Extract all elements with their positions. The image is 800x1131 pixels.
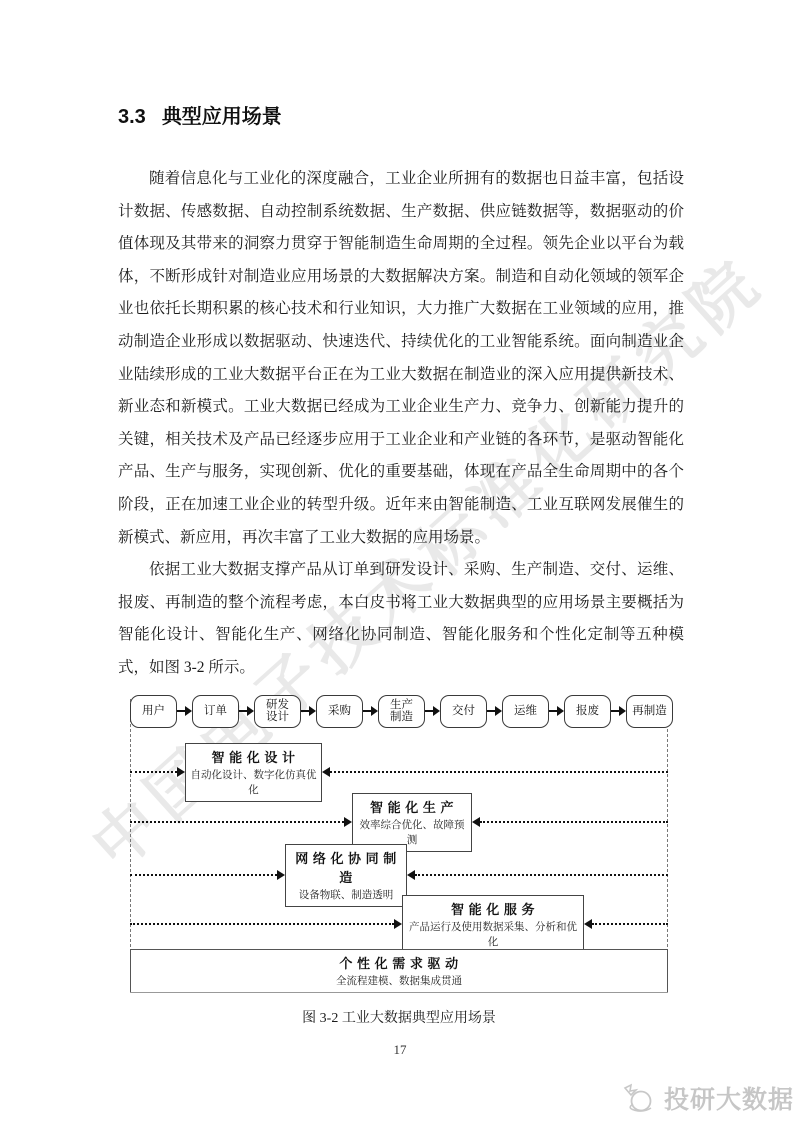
arrowhead-left-icon [472, 817, 480, 827]
section-title: 典型应用场景 [162, 106, 282, 128]
flow-arrow-icon [425, 705, 440, 717]
flow-arrow-icon [239, 705, 254, 717]
process-node-remanufacture: 再制造 [626, 695, 673, 728]
paragraph-1: 随着信息化与工业化的深度融合，工业企业所拥有的数据也日益丰富，包括设计数据、传感… [118, 163, 684, 554]
dotted-connector [584, 919, 668, 929]
flow-diagram: 用户 订单 研发 设计 采购 生产 制造 交付 运维 报废 再制造 [130, 693, 668, 995]
process-chain: 用户 订单 研发 设计 采购 生产 制造 交付 运维 报废 再制造 [130, 695, 668, 728]
section-heading: 3.3典型应用场景 [118, 100, 684, 129]
brand-watermark: 投研大数据 [621, 1080, 794, 1116]
band-box-intelligent-service: 智 能 化 服 务 产品运行及使用数据采集、分析和优化 [402, 895, 584, 954]
arrowhead-left-icon [407, 870, 415, 880]
band-intelligent-service: 智 能 化 服 务 产品运行及使用数据采集、分析和优化 [130, 895, 668, 954]
process-node-order: 订单 [192, 695, 239, 728]
band-title: 智 能 化 生 产 [355, 797, 469, 816]
band-title: 智 能 化 设 计 [188, 747, 319, 766]
page-number: 17 [0, 1042, 800, 1058]
band-subtitle: 产品运行及使用数据采集、分析和优化 [405, 919, 581, 949]
band-title: 个 性 化 需 求 驱 动 [131, 953, 667, 972]
arrowhead-right-icon [394, 919, 402, 929]
figure-caption: 图 3-2 工业大数据典型应用场景 [130, 1007, 668, 1027]
process-node-operation: 运维 [502, 695, 549, 728]
arrowhead-right-icon [344, 817, 352, 827]
band-subtitle: 全流程建模、数据集成贯通 [131, 973, 667, 988]
section-number: 3.3 [118, 106, 146, 128]
flow-arrow-icon [611, 705, 626, 717]
dotted-connector [130, 870, 285, 880]
process-node-scrap: 报废 [564, 695, 611, 728]
process-node-delivery: 交付 [440, 695, 487, 728]
arrowhead-right-icon [277, 870, 285, 880]
arrowhead-right-icon [177, 767, 185, 777]
dotted-connector [407, 870, 668, 880]
brand-watermark-text: 投研大数据 [664, 1080, 794, 1116]
dotted-connector [130, 767, 185, 777]
flow-arrow-icon [301, 705, 316, 717]
arrowhead-left-icon [322, 767, 330, 777]
band-personalized-demand: 个 性 化 需 求 驱 动 全流程建模、数据集成贯通 [130, 949, 668, 993]
dotted-connector [130, 919, 402, 929]
flow-arrow-icon [487, 705, 502, 717]
diagram-bottom-border [130, 992, 668, 993]
flow-arrow-icon [177, 705, 192, 717]
figure-3-2: 用户 订单 研发 设计 采购 生产 制造 交付 运维 报废 再制造 [130, 693, 684, 1027]
page-content: 3.3典型应用场景 随着信息化与工业化的深度融合，工业企业所拥有的数据也日益丰富… [0, 0, 800, 1027]
band-title: 网 络 化 协 同 制 造 [288, 848, 404, 886]
brand-logo-icon [621, 1082, 659, 1114]
process-node-production: 生产 制造 [378, 695, 425, 728]
paragraph-2: 依据工业大数据支撑产品从订单到研发设计、采购、生产制造、交付、运维、报废、再制造… [118, 554, 684, 684]
band-subtitle: 效率综合优化、故障预测 [355, 817, 469, 847]
dotted-connector [322, 767, 668, 777]
flow-arrow-icon [363, 705, 378, 717]
dotted-connector [130, 817, 352, 827]
band-title: 智 能 化 服 务 [405, 899, 581, 918]
process-node-rd-design: 研发 设计 [254, 695, 301, 728]
flow-arrow-icon [549, 705, 564, 717]
process-node-user: 用户 [130, 695, 177, 728]
arrowhead-left-icon [584, 919, 592, 929]
dotted-connector [472, 817, 668, 827]
process-node-procurement: 采购 [316, 695, 363, 728]
